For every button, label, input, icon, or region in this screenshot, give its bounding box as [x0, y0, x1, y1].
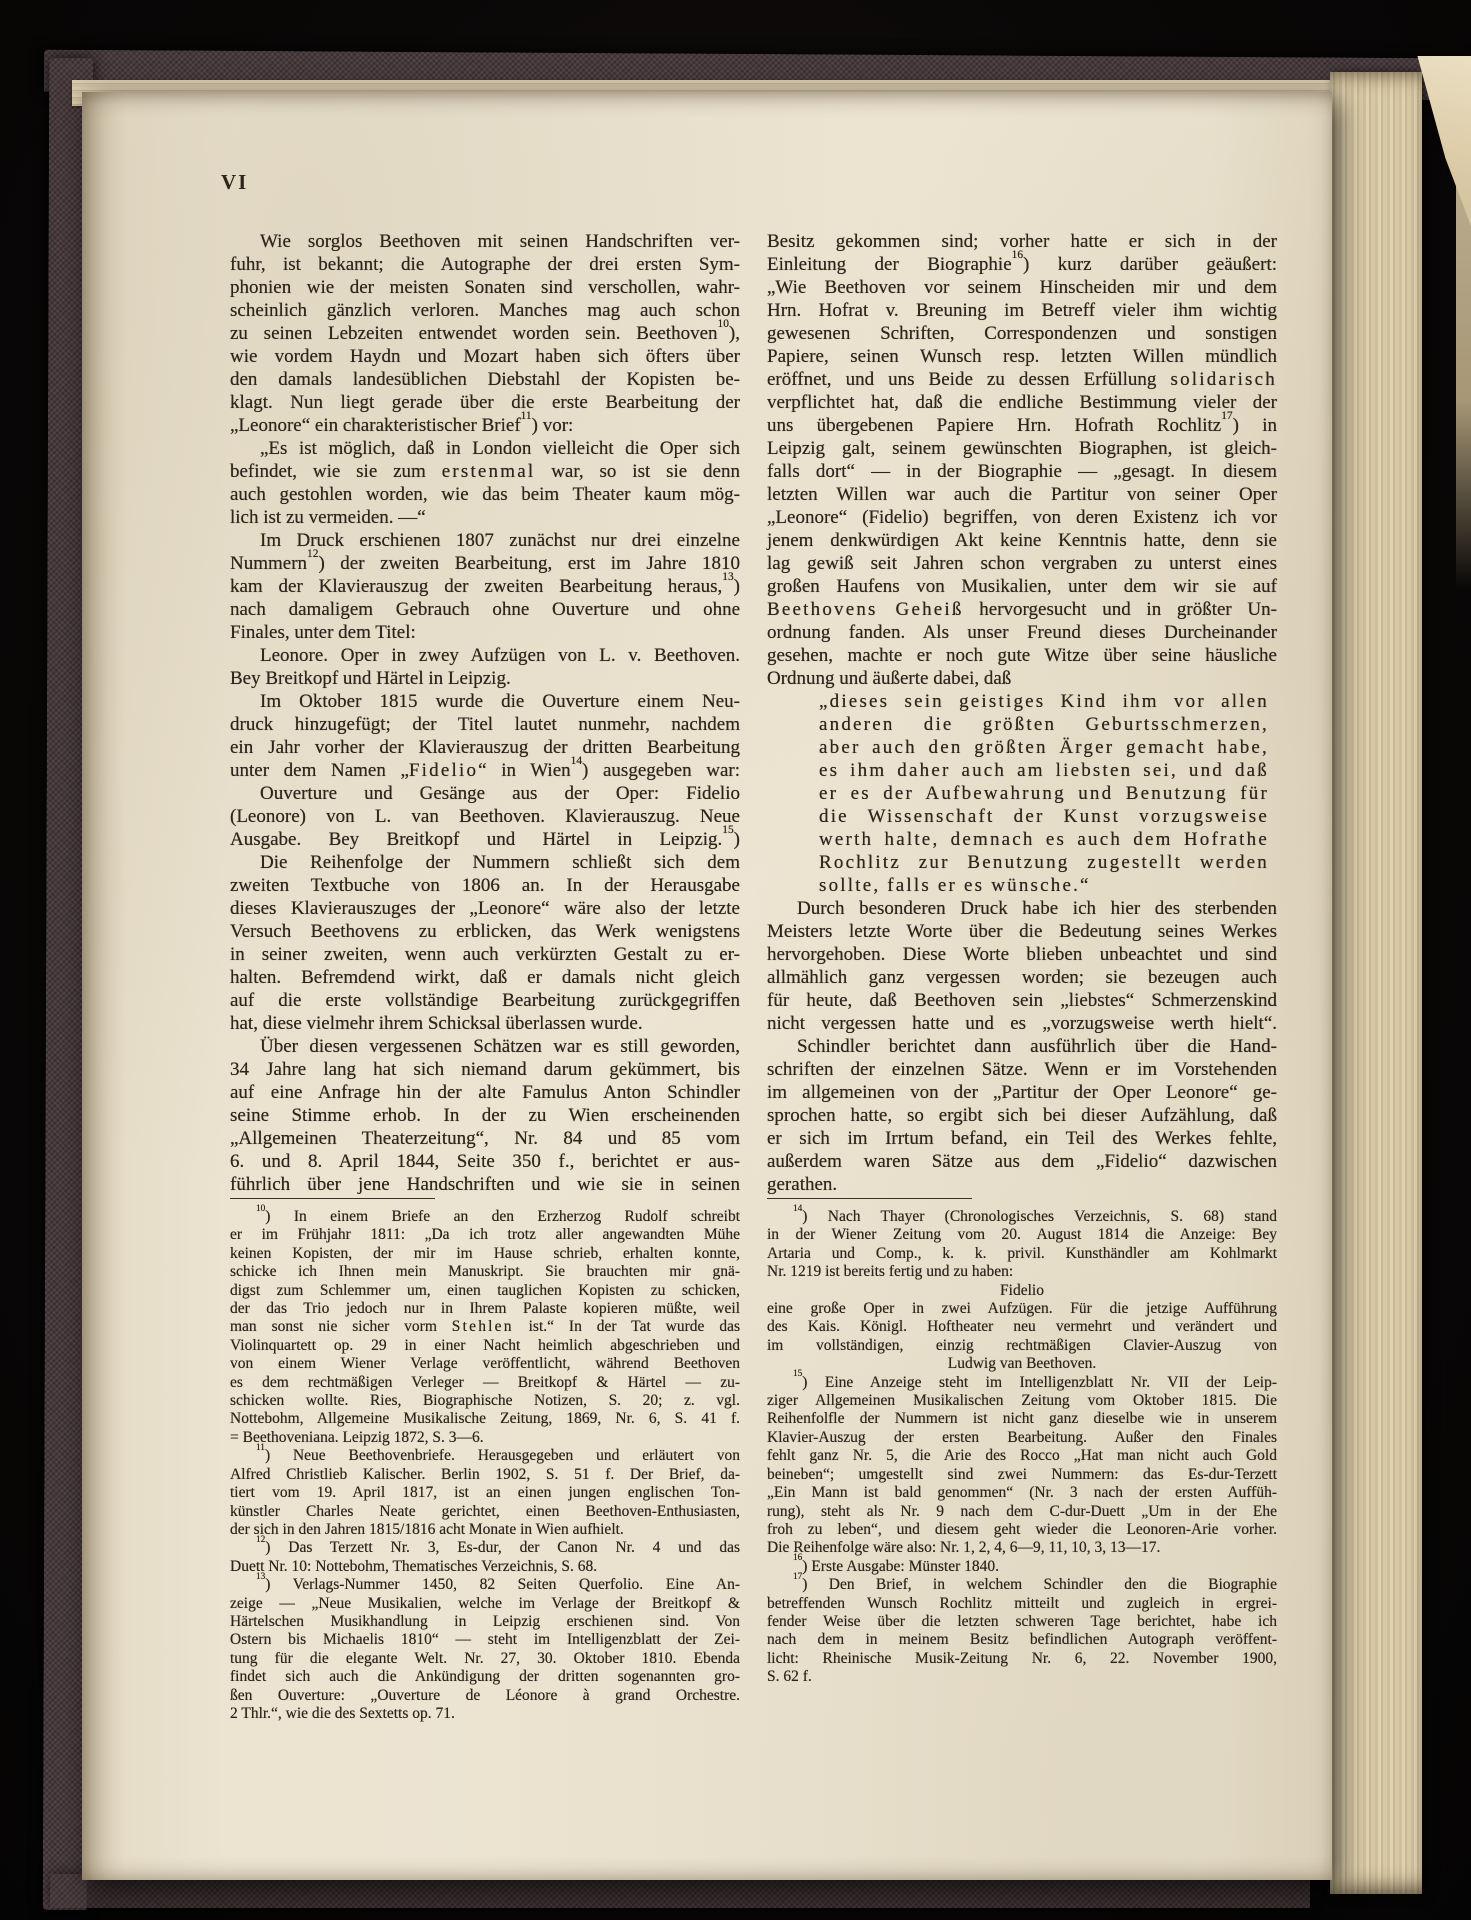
- text-line: Finales, unter dem Titel:: [230, 621, 740, 644]
- text-line: uns übergebenen Papiere Hrn. Hofrath Roc…: [767, 414, 1277, 437]
- footnotes-right-text: 14) Nach Thayer (Chronologisches Verzeic…: [767, 1208, 1277, 1687]
- text-line: froh zu leben“, und diesem geht wieder d…: [767, 1521, 1277, 1539]
- text-line: Beethovens Geheiß hervorgesucht und in g…: [767, 598, 1277, 621]
- text-line: „Allgemeinen Theaterzeitung“, Nr. 84 und…: [230, 1127, 740, 1150]
- text-line: sollte, falls er es wünsche.“: [767, 874, 1277, 897]
- text-line: Ludwig van Beethoven.: [767, 1355, 1277, 1373]
- text-line: von einem Wiener Verlage veröffentlicht,…: [230, 1355, 740, 1373]
- text-line: (Leonore) von L. van Beethoven. Klaviera…: [230, 805, 740, 828]
- text-line: letzten Willen war auch die Partitur von…: [767, 483, 1277, 506]
- text-line: nicht vergessen hatte und es „vorzugswei…: [767, 1012, 1277, 1035]
- text-line: Fidelio: [767, 1282, 1277, 1300]
- footnotes-left: 10) In einem Briefe an den Erzherzog Rud…: [230, 1198, 740, 1723]
- text-line: schicke ich Ihnen mein Manuskript. Sie b…: [230, 1263, 740, 1281]
- right-column: Besitz gekommen sind; vorher hatte er si…: [767, 230, 1277, 1196]
- text-line: Durch besonderen Druck habe ich hier des…: [767, 897, 1277, 920]
- text-line: licht: Rheinische Musik-Zeitung Nr. 6, 2…: [767, 1650, 1277, 1668]
- text-line: auf die erste vollständige Bearbeitung z…: [230, 989, 740, 1012]
- text-line: Wie sorglos Beethoven mit seinen Handsch…: [230, 230, 740, 253]
- text-line: ordnung fanden. Als unser Freund dieses …: [767, 621, 1277, 644]
- text-line: Einleitung der Biographie16) kurz darübe…: [767, 253, 1277, 276]
- text-line: unter dem Namen „Fidelio“ in Wien14) aus…: [230, 759, 740, 782]
- text-line: tung für die elegante Welt. Nr. 27, 30. …: [230, 1650, 740, 1668]
- text-line: fender Weise über die letzten schweren T…: [767, 1613, 1277, 1631]
- text-line: phonien wie der meisten Sonaten sind ver…: [230, 276, 740, 299]
- text-line: rung), steht als Nr. 9 nach dem C-dur-Du…: [767, 1503, 1277, 1521]
- text-line: „Leonore“ ein charakteristischer Brief11…: [230, 414, 740, 437]
- text-line: Violinquartett op. 29 in einer Nacht hei…: [230, 1337, 740, 1355]
- page-fore-edge: [1330, 72, 1422, 1894]
- book-page: VI Wie sorglos Beethoven mit seinen Hand…: [82, 92, 1332, 1880]
- page-number: VI: [221, 170, 248, 195]
- text-line: in der Wiener Zeitung vom 20. August 181…: [767, 1226, 1277, 1244]
- text-line: nach damaligem Gebrauch ohne Ouverture u…: [230, 598, 740, 621]
- text-line: findet sich auch die Ankündigung der dri…: [230, 1668, 740, 1686]
- text-line: Duett Nr. 10: Nottebohm, Thematisches Ve…: [230, 1558, 740, 1576]
- text-line: Nummern12) der zweiten Bearbeitung, erst…: [230, 552, 740, 575]
- text-line: gerathen.: [767, 1173, 1277, 1196]
- photographed-book-scene: VI Wie sorglos Beethoven mit seinen Hand…: [0, 0, 1471, 1920]
- text-line: in seiner zweiten, wenn auch verkürzten …: [230, 943, 740, 966]
- footnotes-right: 14) Nach Thayer (Chronologisches Verzeic…: [767, 1198, 1277, 1687]
- text-line: Hrn. Hofrat v. Breuning im Betreff viele…: [767, 299, 1277, 322]
- text-line: 10) In einem Briefe an den Erzherzog Rud…: [230, 1208, 740, 1226]
- text-line: S. 62 f.: [767, 1668, 1277, 1686]
- text-line: hervorgehoben. Diese Worte blieben unbea…: [767, 943, 1277, 966]
- text-line: Leonore. Oper in zwey Aufzügen von L. v.…: [230, 644, 740, 667]
- text-line: zweiten Textbuche von 1806 an. In der He…: [230, 874, 740, 897]
- text-line: Versuch Beethovens zu erblicken, das Wer…: [230, 920, 740, 943]
- text-line: anderen die größten Geburtsschmerzen,: [767, 713, 1277, 736]
- text-line: lich ist zu vermeiden. —“: [230, 506, 740, 529]
- text-line: 34 Jahre lang hat sich niemand darum gek…: [230, 1058, 740, 1081]
- text-line: klagt. Nun liegt gerade über die erste B…: [230, 391, 740, 414]
- text-line: scheinlich gänzlich verloren. Manches ma…: [230, 299, 740, 322]
- text-line: es ihm daher auch am liebsten sei, und d…: [767, 759, 1277, 782]
- text-line: „Ein Mann ist bald genommen“ (Nr. 3 nach…: [767, 1484, 1277, 1502]
- text-line: Papiere, seinen Wunsch resp. letzten Wil…: [767, 345, 1277, 368]
- text-line: Härtelschen Musikhandlung in Leipzig ers…: [230, 1613, 740, 1631]
- text-line: verpflichtet hat, daß die endliche Besti…: [767, 391, 1277, 414]
- text-line: befindet, wie sie zum erstenmal war, so …: [230, 460, 740, 483]
- text-line: jenem denkwürdigen Akt keine Kenntnis ha…: [767, 529, 1277, 552]
- text-line: 17) Den Brief, in welchem Schindler den …: [767, 1576, 1277, 1594]
- text-line: halten. Befremdend wirkt, daß er damals …: [230, 966, 740, 989]
- text-line: Ordnung und äußerte dabei, daß: [767, 667, 1277, 690]
- text-line: Ausgabe. Bey Breitkopf und Härtel in Lei…: [230, 828, 740, 851]
- text-line: er sich im Irrtum befand, ein Teil des W…: [767, 1127, 1277, 1150]
- footnotes-left-text: 10) In einem Briefe an den Erzherzog Rud…: [230, 1208, 740, 1723]
- text-line: den damals landesüblichen Diebstahl der …: [230, 368, 740, 391]
- text-line: für heute, daß Beethoven sein „liebstes“…: [767, 989, 1277, 1012]
- text-line: Im Oktober 1815 wurde die Ouverture eine…: [230, 690, 740, 713]
- text-line: Klavier-Auszug der ersten Bearbeitung. A…: [767, 1429, 1277, 1447]
- text-line: Reihenfolfle der Nummern ist nicht ganz …: [767, 1410, 1277, 1428]
- text-line: „Es ist möglich, daß in London vielleich…: [230, 437, 740, 460]
- footnote-separator: [767, 1198, 972, 1199]
- text-line: allmählich ganz vergessen worden; sie be…: [767, 966, 1277, 989]
- text-line: 6. und 8. April 1844, Seite 350 f., beri…: [230, 1150, 740, 1173]
- text-line: Ouverture und Gesänge aus der Oper: Fide…: [230, 782, 740, 805]
- text-line: Rochlitz zur Benutzung zugestellt werden: [767, 851, 1277, 874]
- text-line: 14) Nach Thayer (Chronologisches Verzeic…: [767, 1208, 1277, 1226]
- text-line: hat, diese vielmehr ihrem Schicksal über…: [230, 1012, 740, 1035]
- text-line: schicken wollte. Ries, Biographische Not…: [230, 1392, 740, 1410]
- text-line: er es der Aufbewahrung und Benutzung für: [767, 782, 1277, 805]
- text-line: gewesenen Schriften, Correspondenzen und…: [767, 322, 1277, 345]
- text-line: im vollständigen, einzig rechtmäßigen Cl…: [767, 1337, 1277, 1355]
- text-line: fuhr, ist bekannt; die Autographe der dr…: [230, 253, 740, 276]
- text-line: er im Frühjahr 1811: „Da ich trotz aller…: [230, 1226, 740, 1244]
- text-line: es dem rechtmäßigen Verleger — Breitkopf…: [230, 1374, 740, 1392]
- footnote-separator: [230, 1198, 435, 1199]
- text-line: eine große Oper in zwei Aufzügen. Für di…: [767, 1300, 1277, 1318]
- text-line: druck hinzugefügt; der Titel lautet nunm…: [230, 713, 740, 736]
- text-line: „Leonore“ (Fidelio) begriffen, von deren…: [767, 506, 1277, 529]
- text-line: Nr. 1219 ist bereits fertig und zu haben…: [767, 1263, 1277, 1281]
- text-line: eröffnet, und uns Beide zu dessen Erfüll…: [767, 368, 1277, 391]
- text-line: Die Reihenfolge wäre also: Nr. 1, 2, 4, …: [767, 1539, 1277, 1557]
- text-line: = Beethoveniana. Leipzig 1872, S. 3—6.: [230, 1429, 740, 1447]
- text-line: betreffenden Wunsch Rochlitz mitteilt un…: [767, 1595, 1277, 1613]
- text-line: tiert vom 19. April 1817, ist an einen j…: [230, 1484, 740, 1502]
- text-line: ein Jahr vorher der Klavierauszug der dr…: [230, 736, 740, 759]
- text-line: Artaria und Comp., k. k. privil. Kunsthä…: [767, 1245, 1277, 1263]
- text-line: nach dem in meinem Besitz befindlichen A…: [767, 1631, 1277, 1649]
- text-line: 13) Verlags-Nummer 1450, 82 Seiten Querf…: [230, 1576, 740, 1594]
- text-line: falls dort“ — in der Biographie — „gesag…: [767, 460, 1277, 483]
- text-line: Meisters letzte Worte über die Bedeutung…: [767, 920, 1277, 943]
- text-line: werth halte, demnach es auch dem Hofrath…: [767, 828, 1277, 851]
- text-line: außerdem waren Sätze aus dem „Fidelio“ d…: [767, 1150, 1277, 1173]
- text-line: der das Trio jedoch nur in Ihrem Palaste…: [230, 1300, 740, 1318]
- text-line: kam der Klavierauszug der zweiten Bearbe…: [230, 575, 740, 598]
- text-line: künstler Charles Neate gerichtet, einen …: [230, 1503, 740, 1521]
- text-line: keinen Kopisten, der mir im Hause schrie…: [230, 1245, 740, 1263]
- text-line: 2 Thlr.“, wie die des Sextetts op. 71.: [230, 1705, 740, 1723]
- text-line: Alfred Christlieb Kalischer. Berlin 1902…: [230, 1466, 740, 1484]
- text-line: beineben“; umgestellt sind zwei Nummern:…: [767, 1466, 1277, 1484]
- text-line: schriften der einzelnen Sätze. Wenn er i…: [767, 1058, 1277, 1081]
- text-line: zeige — „Neue Musikalien, welche im Verl…: [230, 1595, 740, 1613]
- text-line: großen Haufens von Musikalien, unter dem…: [767, 575, 1277, 598]
- text-line: Über diesen vergessenen Schätzen war es …: [230, 1035, 740, 1058]
- text-line: gesehen, machte er noch gute Witze über …: [767, 644, 1277, 667]
- text-line: zu seinen Lebzeiten entwendet worden sei…: [230, 322, 740, 345]
- text-line: sprochen hatte, so ergibt sich bei diese…: [767, 1104, 1277, 1127]
- text-line: die Wissenschaft der Kunst vorzugsweise: [767, 805, 1277, 828]
- text-line: „dieses sein geistiges Kind ihm vor alle…: [767, 690, 1277, 713]
- text-line: ßen Ouverture: „Ouverture de Léonore à g…: [230, 1687, 740, 1705]
- text-line: 11) Neue Beethovenbriefe. Herausgegeben …: [230, 1447, 740, 1465]
- text-line: digst zum Schlemmer um, einen tauglichen…: [230, 1282, 740, 1300]
- text-line: Ostern bis Michaelis 1810“ — steht im In…: [230, 1631, 740, 1649]
- text-line: aber auch den größten Ärger gemacht habe…: [767, 736, 1277, 759]
- text-line: wie vordem Haydn und Mozart haben sich ö…: [230, 345, 740, 368]
- text-line: Schindler berichtet dann ausführlich übe…: [767, 1035, 1277, 1058]
- text-line: „Wie Beethoven vor seinem Hinscheiden mi…: [767, 276, 1277, 299]
- text-line: 16) Erste Ausgabe: Münster 1840.: [767, 1558, 1277, 1576]
- text-line: Leipzig galt, seinem gewünschten Biograp…: [767, 437, 1277, 460]
- text-line: Die Reihenfolge der Nummern schließt sic…: [230, 851, 740, 874]
- text-line: des Kais. Königl. Hoftheater neu vermehr…: [767, 1318, 1277, 1336]
- text-line: man sonst nie sicher vorm Stehlen ist.“ …: [230, 1318, 740, 1336]
- text-line: 15) Eine Anzeige steht im Intelligenzbla…: [767, 1374, 1277, 1392]
- text-line: Nottebohm, Allgemeine Musikalische Zeitu…: [230, 1410, 740, 1428]
- text-line: Bey Breitkopf und Härtel in Leipzig.: [230, 667, 740, 690]
- text-line: im allgemeinen von der „Partitur der Ope…: [767, 1081, 1277, 1104]
- text-line: lag gewiß seit Jahren schon vergraben zu…: [767, 552, 1277, 575]
- text-line: dieses Klavierauszuges der „Leonore“ wär…: [230, 897, 740, 920]
- text-line: auf eine Anfrage hin der alte Famulus An…: [230, 1081, 740, 1104]
- text-line: fehlt ganz Nr. 5, die Arie des Rocco „Ha…: [767, 1447, 1277, 1465]
- text-line: seine Stimme erhob. In der zu Wien ersch…: [230, 1104, 740, 1127]
- text-line: führlich über jene Handschriften und wie…: [230, 1173, 740, 1196]
- left-column: Wie sorglos Beethoven mit seinen Handsch…: [230, 230, 740, 1196]
- text-line: auch gestohlen worden, wie das beim Thea…: [230, 483, 740, 506]
- text-line: ziger Allgemeinen Musikalischen Zeitung …: [767, 1392, 1277, 1410]
- text-line: 12) Das Terzett Nr. 3, Es-dur, der Canon…: [230, 1539, 740, 1557]
- text-line: der sich in den Jahren 1815/1816 acht Mo…: [230, 1521, 740, 1539]
- page-edge-highlight: [1456, 170, 1471, 590]
